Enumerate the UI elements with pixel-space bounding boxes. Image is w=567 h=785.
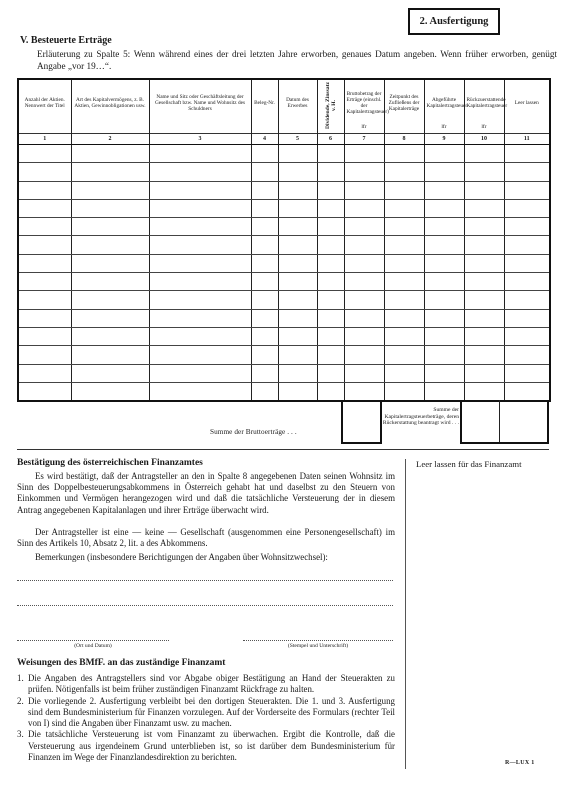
table-cell-col-2[interactable] xyxy=(71,181,149,199)
table-cell-col-5[interactable] xyxy=(278,181,317,199)
table-cell-col-9[interactable] xyxy=(424,309,464,327)
table-cell-col-5[interactable] xyxy=(278,346,317,364)
table-cell-col-6[interactable] xyxy=(317,273,344,291)
table-cell-col-2[interactable] xyxy=(71,382,149,401)
table-cell-col-6[interactable] xyxy=(317,218,344,236)
remarks-line-1[interactable] xyxy=(17,580,393,581)
col-header-11: Leer lassen xyxy=(504,79,550,134)
table-cell-col-8[interactable] xyxy=(384,218,424,236)
table-cell-col-11[interactable] xyxy=(504,327,550,345)
instruction-item: 1.Die Angaben des Antragstellers sind vo… xyxy=(17,673,395,695)
table-cell-col-6[interactable] xyxy=(317,346,344,364)
table-cell-col-7[interactable] xyxy=(344,382,384,401)
table-cell-col-8[interactable] xyxy=(384,382,424,401)
sum-refund-label: Summe der Kapitalertragsteuerbeträge, de… xyxy=(381,407,459,427)
table-cell-col-9[interactable] xyxy=(424,163,464,181)
table-cell-col-7[interactable] xyxy=(344,273,384,291)
table-cell-col-5[interactable] xyxy=(278,145,317,163)
table-cell-col-8[interactable] xyxy=(384,199,424,217)
table-cell-col-8[interactable] xyxy=(384,145,424,163)
table-cell-col-10[interactable] xyxy=(464,163,504,181)
table-cell-col-7[interactable] xyxy=(344,346,384,364)
table-cell-col-8[interactable] xyxy=(384,254,424,272)
table-row xyxy=(18,145,550,163)
stamp-signature-line[interactable] xyxy=(243,640,393,641)
sum-blank-field[interactable] xyxy=(498,400,549,444)
table-cell-col-3[interactable] xyxy=(149,327,251,345)
sum-gross-label: Summe der Bruttoerträge . . . xyxy=(210,428,297,436)
table-cell-col-9[interactable] xyxy=(424,291,464,309)
place-date-line[interactable] xyxy=(17,640,169,641)
col-num: 11 xyxy=(504,134,550,145)
table-cell-col-1[interactable] xyxy=(18,254,71,272)
table-cell-col-3[interactable] xyxy=(149,236,251,254)
table-cell-col-2[interactable] xyxy=(71,145,149,163)
table-cell-col-3[interactable] xyxy=(149,218,251,236)
instructions-title: Weisungen des BMfF. an das zuständige Fi… xyxy=(17,658,225,668)
table-cell-col-9[interactable] xyxy=(424,327,464,345)
table-cell-col-8[interactable] xyxy=(384,346,424,364)
table-cell-col-2[interactable] xyxy=(71,346,149,364)
table-cell-col-9[interactable] xyxy=(424,346,464,364)
col-num: 7 xyxy=(344,134,384,145)
table-cell-col-3[interactable] xyxy=(149,163,251,181)
col-num: 4 xyxy=(251,134,278,145)
table-cell-col-10[interactable] xyxy=(464,145,504,163)
table-cell-col-5[interactable] xyxy=(278,291,317,309)
table-cell-col-10[interactable] xyxy=(464,346,504,364)
table-cell-col-4[interactable] xyxy=(251,236,278,254)
table-row xyxy=(18,181,550,199)
table-cell-col-11[interactable] xyxy=(504,382,550,401)
table-cell-col-10[interactable] xyxy=(464,273,504,291)
place-date-caption: (Ort und Datum) xyxy=(17,643,169,649)
table-cell-col-2[interactable] xyxy=(71,218,149,236)
table-cell-col-6[interactable] xyxy=(317,254,344,272)
table-cell-col-1[interactable] xyxy=(18,346,71,364)
table-cell-col-3[interactable] xyxy=(149,145,251,163)
table-cell-col-10[interactable] xyxy=(464,236,504,254)
col-header-3: Name und Sitz oder Geschäftsleitung der … xyxy=(149,79,251,134)
table-cell-col-10[interactable] xyxy=(464,254,504,272)
table-cell-col-4[interactable] xyxy=(251,364,278,382)
table-cell-col-7[interactable] xyxy=(344,163,384,181)
col-num: 9 xyxy=(424,134,464,145)
col-header-6: Dividende, Zinssatz v. H. xyxy=(317,79,344,134)
table-cell-col-6[interactable] xyxy=(317,364,344,382)
table-cell-col-9[interactable] xyxy=(424,145,464,163)
table-cell-col-5[interactable] xyxy=(278,218,317,236)
table-cell-col-11[interactable] xyxy=(504,199,550,217)
table-cell-col-5[interactable] xyxy=(278,309,317,327)
table-row xyxy=(18,218,550,236)
table-cell-col-4[interactable] xyxy=(251,145,278,163)
table-cell-col-10[interactable] xyxy=(464,181,504,199)
table-cell-col-11[interactable] xyxy=(504,364,550,382)
column-number-row: 1 2 3 4 5 6 7 8 9 10 11 xyxy=(18,134,550,145)
table-cell-col-5[interactable] xyxy=(278,273,317,291)
table-cell-col-9[interactable] xyxy=(424,254,464,272)
table-cell-col-3[interactable] xyxy=(149,199,251,217)
table-cell-col-5[interactable] xyxy=(278,254,317,272)
remarks-label: Bemerkungen (insbesondere Berichtigungen… xyxy=(17,552,395,563)
col-num: 8 xyxy=(384,134,424,145)
table-cell-col-4[interactable] xyxy=(251,291,278,309)
table-cell-col-3[interactable] xyxy=(149,273,251,291)
table-cell-col-6[interactable] xyxy=(317,145,344,163)
table-cell-col-1[interactable] xyxy=(18,382,71,401)
table-row xyxy=(18,327,550,345)
table-cell-col-5[interactable] xyxy=(278,327,317,345)
table-cell-col-11[interactable] xyxy=(504,309,550,327)
section-title: V. Besteuerte Erträge xyxy=(20,35,112,46)
table-cell-col-9[interactable] xyxy=(424,273,464,291)
table-cell-col-4[interactable] xyxy=(251,254,278,272)
table-cell-col-2[interactable] xyxy=(71,309,149,327)
table-cell-col-10[interactable] xyxy=(464,218,504,236)
table-cell-col-10[interactable] xyxy=(464,309,504,327)
table-cell-col-11[interactable] xyxy=(504,254,550,272)
table-cell-col-3[interactable] xyxy=(149,291,251,309)
income-table: Anzahl der Aktien. Nennwert der Titel Ar… xyxy=(17,78,551,402)
table-cell-col-8[interactable] xyxy=(384,236,424,254)
copy-label: 2. Ausfertigung xyxy=(408,8,500,35)
table-cell-col-11[interactable] xyxy=(504,181,550,199)
table-cell-col-1[interactable] xyxy=(18,327,71,345)
table-cell-col-5[interactable] xyxy=(278,382,317,401)
table-row xyxy=(18,163,550,181)
table-cell-col-1[interactable] xyxy=(18,236,71,254)
table-cell-col-6[interactable] xyxy=(317,382,344,401)
table-cell-col-6[interactable] xyxy=(317,163,344,181)
table-cell-col-8[interactable] xyxy=(384,163,424,181)
table-cell-col-7[interactable] xyxy=(344,181,384,199)
table-cell-col-9[interactable] xyxy=(424,199,464,217)
table-row xyxy=(18,254,550,272)
table-cell-col-6[interactable] xyxy=(317,181,344,199)
col-header-1: Anzahl der Aktien. Nennwert der Titel xyxy=(18,79,71,134)
col-header-5: Datum des Erwerbes xyxy=(278,79,317,134)
table-cell-col-4[interactable] xyxy=(251,199,278,217)
table-cell-col-1[interactable] xyxy=(18,163,71,181)
table-cell-col-8[interactable] xyxy=(384,181,424,199)
col-header-9: Abgeführte Kapitalertragsteuerlfr xyxy=(424,79,464,134)
table-cell-col-2[interactable] xyxy=(71,163,149,181)
confirmation-para-2: Der Antragsteller ist eine — keine — Ges… xyxy=(17,527,395,549)
table-row xyxy=(18,309,550,327)
table-cell-col-10[interactable] xyxy=(464,291,504,309)
col-header-8: Zeitpunkt des Zufließens der Kapitalertr… xyxy=(384,79,424,134)
table-cell-col-11[interactable] xyxy=(504,346,550,364)
table-cell-col-8[interactable] xyxy=(384,327,424,345)
table-row xyxy=(18,236,550,254)
table-cell-col-10[interactable] xyxy=(464,382,504,401)
table-cell-col-3[interactable] xyxy=(149,346,251,364)
table-cell-col-7[interactable] xyxy=(344,364,384,382)
table-cell-col-7[interactable] xyxy=(344,254,384,272)
table-cell-col-7[interactable] xyxy=(344,218,384,236)
table-cell-col-10[interactable] xyxy=(464,364,504,382)
table-row xyxy=(18,291,550,309)
table-cell-col-7[interactable] xyxy=(344,309,384,327)
table-cell-col-7[interactable] xyxy=(344,327,384,345)
remarks-line-2[interactable] xyxy=(17,605,393,606)
table-cell-col-1[interactable] xyxy=(18,291,71,309)
confirmation-title: Bestätigung des österreichischen Finanza… xyxy=(17,458,203,468)
table-cell-col-11[interactable] xyxy=(504,145,550,163)
table-cell-col-1[interactable] xyxy=(18,181,71,199)
instruction-item: 2.Die vorliegende 2. Ausfertigung verble… xyxy=(17,696,395,729)
table-cell-col-10[interactable] xyxy=(464,327,504,345)
table-row xyxy=(18,364,550,382)
table-cell-col-3[interactable] xyxy=(149,364,251,382)
table-cell-col-2[interactable] xyxy=(71,364,149,382)
table-cell-col-11[interactable] xyxy=(504,236,550,254)
table-cell-col-5[interactable] xyxy=(278,163,317,181)
table-cell-col-9[interactable] xyxy=(424,236,464,254)
instructions-list: 1.Die Angaben des Antragstellers sind vo… xyxy=(17,673,395,763)
table-cell-col-4[interactable] xyxy=(251,327,278,345)
table-cell-col-11[interactable] xyxy=(504,218,550,236)
table-cell-col-11[interactable] xyxy=(504,163,550,181)
table-cell-col-11[interactable] xyxy=(504,291,550,309)
table-cell-col-6[interactable] xyxy=(317,309,344,327)
col-num: 1 xyxy=(18,134,71,145)
table-cell-col-8[interactable] xyxy=(384,291,424,309)
table-cell-col-4[interactable] xyxy=(251,309,278,327)
table-cell-col-4[interactable] xyxy=(251,218,278,236)
table-cell-col-6[interactable] xyxy=(317,291,344,309)
table-cell-col-8[interactable] xyxy=(384,309,424,327)
table-cell-col-4[interactable] xyxy=(251,346,278,364)
office-only-label: Leer lassen für das Finanzamt xyxy=(416,459,522,470)
col-header-4: Beleg-Nr. xyxy=(251,79,278,134)
office-column-divider xyxy=(405,459,406,769)
table-cell-col-1[interactable] xyxy=(18,145,71,163)
table-cell-col-1[interactable] xyxy=(18,218,71,236)
table-cell-col-8[interactable] xyxy=(384,273,424,291)
table-cell-col-1[interactable] xyxy=(18,199,71,217)
col-num: 5 xyxy=(278,134,317,145)
table-cell-col-5[interactable] xyxy=(278,364,317,382)
col-num: 10 xyxy=(464,134,504,145)
table-cell-col-2[interactable] xyxy=(71,236,149,254)
col-num: 2 xyxy=(71,134,149,145)
table-cell-col-3[interactable] xyxy=(149,382,251,401)
table-cell-col-2[interactable] xyxy=(71,291,149,309)
table-cell-col-1[interactable] xyxy=(18,364,71,382)
table-cell-col-6[interactable] xyxy=(317,236,344,254)
table-cell-col-2[interactable] xyxy=(71,327,149,345)
table-cell-col-7[interactable] xyxy=(344,145,384,163)
table-cell-col-7[interactable] xyxy=(344,199,384,217)
table-cell-col-2[interactable] xyxy=(71,199,149,217)
table-cell-col-2[interactable] xyxy=(71,273,149,291)
table-row xyxy=(18,382,550,401)
table-cell-col-3[interactable] xyxy=(149,181,251,199)
table-cell-col-2[interactable] xyxy=(71,254,149,272)
table-cell-col-4[interactable] xyxy=(251,163,278,181)
col-header-10: Rückzuerstattende Kapitalertragsteuerlfr xyxy=(464,79,504,134)
divider xyxy=(17,449,549,450)
confirmation-para-1: Es wird bestätigt, daß der Antragsteller… xyxy=(17,471,395,516)
table-cell-col-3[interactable] xyxy=(149,309,251,327)
table-cell-col-4[interactable] xyxy=(251,181,278,199)
col-header-2: Art des Kapitalvermögens, z. B. Aktien, … xyxy=(71,79,149,134)
stamp-signature-caption: (Stempel und Unterschrift) xyxy=(243,643,393,649)
table-cell-col-7[interactable] xyxy=(344,236,384,254)
col-num: 3 xyxy=(149,134,251,145)
table-cell-col-5[interactable] xyxy=(278,199,317,217)
sum-gross-field[interactable] xyxy=(341,400,382,444)
table-cell-col-4[interactable] xyxy=(251,273,278,291)
table-cell-col-1[interactable] xyxy=(18,273,71,291)
table-cell-col-9[interactable] xyxy=(424,218,464,236)
table-cell-col-7[interactable] xyxy=(344,291,384,309)
table-cell-col-10[interactable] xyxy=(464,199,504,217)
table-cell-col-4[interactable] xyxy=(251,382,278,401)
table-cell-col-9[interactable] xyxy=(424,382,464,401)
table-cell-col-11[interactable] xyxy=(504,273,550,291)
table-cell-col-6[interactable] xyxy=(317,327,344,345)
table-cell-col-6[interactable] xyxy=(317,199,344,217)
table-cell-col-3[interactable] xyxy=(149,254,251,272)
instruction-item: 3.Die tatsächliche Versteuerung ist vom … xyxy=(17,729,395,762)
form-code: R—LUX 1 xyxy=(505,760,535,766)
col-num: 6 xyxy=(317,134,344,145)
section-note: Erläuterung zu Spalte 5: Wenn während ei… xyxy=(37,48,557,72)
table-row xyxy=(18,273,550,291)
col-header-7: Bruttobetrag der Erträge (einschl. der K… xyxy=(344,79,384,134)
sum-refund-field[interactable] xyxy=(460,400,500,444)
table-cell-col-5[interactable] xyxy=(278,236,317,254)
table-cell-col-9[interactable] xyxy=(424,364,464,382)
table-cell-col-9[interactable] xyxy=(424,181,464,199)
table-cell-col-8[interactable] xyxy=(384,364,424,382)
table-row xyxy=(18,346,550,364)
table-cell-col-1[interactable] xyxy=(18,309,71,327)
table-row xyxy=(18,199,550,217)
